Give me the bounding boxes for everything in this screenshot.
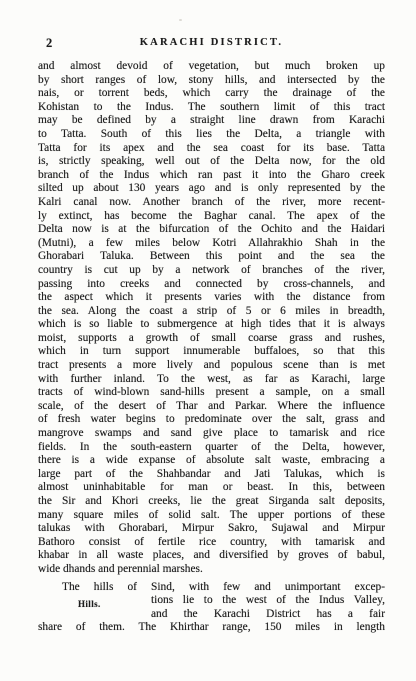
text-line: the Sir and Khori creeks, lie the great … [38, 495, 385, 509]
text-line: and almost devoid of vegetation, but muc… [38, 60, 385, 74]
text-line: is, strictly speaking, well out of the D… [38, 155, 385, 169]
paragraph-hills: Hills. The hills of Sind, with few and u… [38, 581, 385, 635]
text-line: scale, of the desert of Thar and Parkar.… [38, 400, 385, 414]
text-line: there is a wide expanse of absolute salt… [38, 454, 385, 468]
text-line: branch of the Indus which ran past it in… [38, 169, 385, 183]
book-page: 2 KARACHI DISTRICT. and almost devoid of… [0, 0, 416, 681]
text-line: may be defined by a straight line drawn … [38, 114, 385, 128]
text-line: Bathoro consist of fertile rice country,… [38, 536, 385, 550]
text-line: Kohistan to the Indus. The southern limi… [38, 101, 385, 115]
text-line: tracts of wind-blown sand-hills present … [38, 386, 385, 400]
text-line: with further inland. To the west, as far… [38, 373, 385, 387]
text-line: fields. In the south-eastern quarter of … [38, 441, 385, 455]
text-line: which in turn support innumerable buffal… [38, 345, 385, 359]
text-line: tract presents a more lively and populou… [38, 359, 385, 373]
text-line: and the Karachi District has a fair [151, 608, 385, 622]
text-line: (Mutni), a few miles below Kotri Allahra… [38, 237, 385, 251]
text-line: country is cut up by a network of branch… [38, 264, 385, 278]
text-line: Ghorabari Taluka. Between this point and… [38, 250, 385, 264]
text-line: Tatta for its apex and the sea coast for… [38, 142, 385, 156]
text-line: the sea. Along the coast a strip of 5 or… [38, 305, 385, 319]
text-line: silted up about 130 years ago and is onl… [38, 182, 385, 196]
text-line: Kalri canal now. Another branch of the r… [38, 196, 385, 210]
text-line: wide dhands and perennial marshes. [38, 563, 385, 577]
text-line: large part of the Shahbandar and Jati Ta… [38, 468, 385, 482]
text-line: talukas with Ghorabari, Mirpur Sakro, Su… [38, 522, 385, 536]
text-block: and almost devoid of vegetation, but muc… [38, 60, 385, 635]
text-line: tions lie to the west of the Indus Valle… [151, 594, 385, 608]
text-line: to Tatta. South of this lies the Delta, … [38, 128, 385, 142]
text-line: many square miles of solid salt. The upp… [38, 509, 385, 523]
text-line: Delta now is at the bifurcation of the O… [38, 223, 385, 237]
page-number: 2 [46, 36, 52, 51]
text-line: mangrove swamps and sand give place to t… [38, 427, 385, 441]
text-line: the aspect which it presents varies with… [38, 291, 385, 305]
text-line: almost uninhabitable for man or beast. I… [38, 481, 385, 495]
text-line: ly extinct, has become the Baghar canal.… [38, 210, 385, 224]
text-line: by short ranges of low, stony hills, and… [38, 74, 385, 88]
text-line: which is so liable to submergence at hig… [38, 318, 385, 332]
paragraph-main: and almost devoid of vegetation, but muc… [38, 60, 385, 577]
sidenote-hills: Hills. [78, 598, 101, 612]
text-line: nais, or torrent beds, which carry the d… [38, 87, 385, 101]
text-line: khabar in all waste places, and diversif… [38, 549, 385, 563]
scan-speck [179, 19, 182, 21]
page-header: 2 KARACHI DISTRICT. [38, 37, 385, 52]
running-title: KARACHI DISTRICT. [38, 37, 385, 48]
text-line: moist, supports a growth of small coarse… [38, 332, 385, 346]
text-line: of fresh water begins to predominate ove… [38, 413, 385, 427]
text-line: The hills of Sind, with few and unimport… [38, 581, 385, 595]
text-line: share of them. The Khirthar range, 150 m… [38, 621, 385, 635]
text-line: passing into creeks and connected by cro… [38, 278, 385, 292]
